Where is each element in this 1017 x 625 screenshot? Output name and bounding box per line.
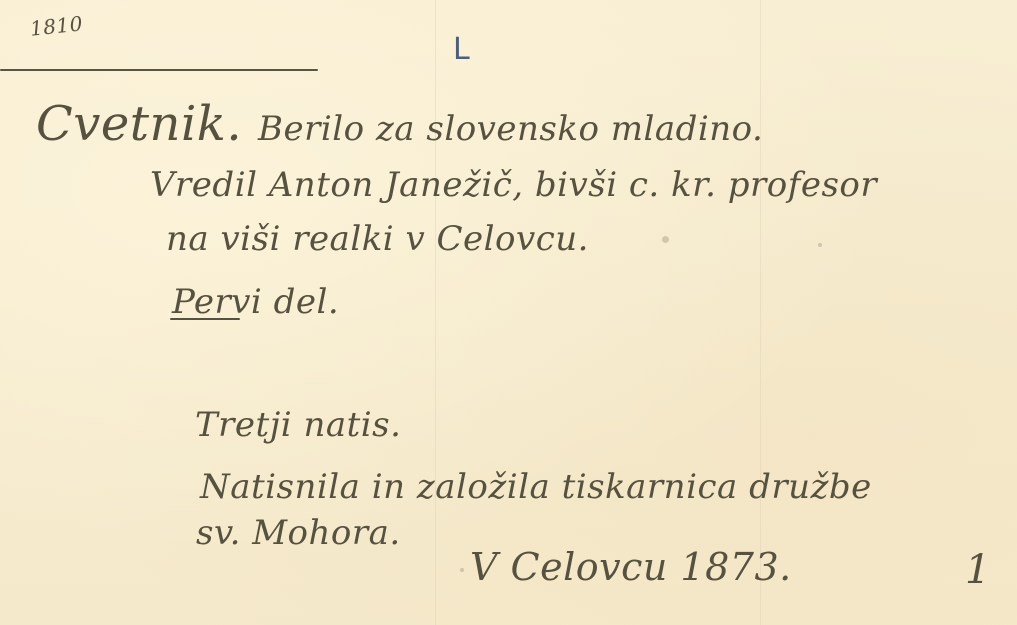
- place-and-date: V Celovcu 1873.: [470, 548, 792, 586]
- header-rule: [0, 69, 318, 71]
- publisher-line-continued: sv. Mohora.: [196, 516, 401, 550]
- edition: Tretji natis.: [195, 408, 401, 442]
- paper-speck: [460, 568, 464, 572]
- author-line: Vredil Anton Janežič, bivši c. kr. profe…: [150, 168, 877, 202]
- catalog-card: 1810 L Cvetnik. Berilo za slovensko mlad…: [0, 0, 1017, 625]
- paper-crease: [760, 0, 761, 625]
- paper-crease: [435, 0, 436, 625]
- publisher-line: Natisnila in založila tiskarnica družbe: [200, 470, 872, 504]
- author-line-continued: na viši realki v Celovcu.: [166, 222, 589, 256]
- paper-speck: [818, 243, 822, 247]
- shelf-mark: L: [453, 35, 470, 65]
- card-number: 1810: [29, 13, 84, 38]
- part-label: Pervi del.: [172, 285, 339, 319]
- paper-speck: [662, 236, 669, 243]
- subtitle: Berilo za slovensko mladino.: [258, 112, 763, 146]
- part-underline: [170, 318, 240, 320]
- copy-count: 1: [965, 550, 991, 590]
- title: Cvetnik.: [36, 100, 242, 148]
